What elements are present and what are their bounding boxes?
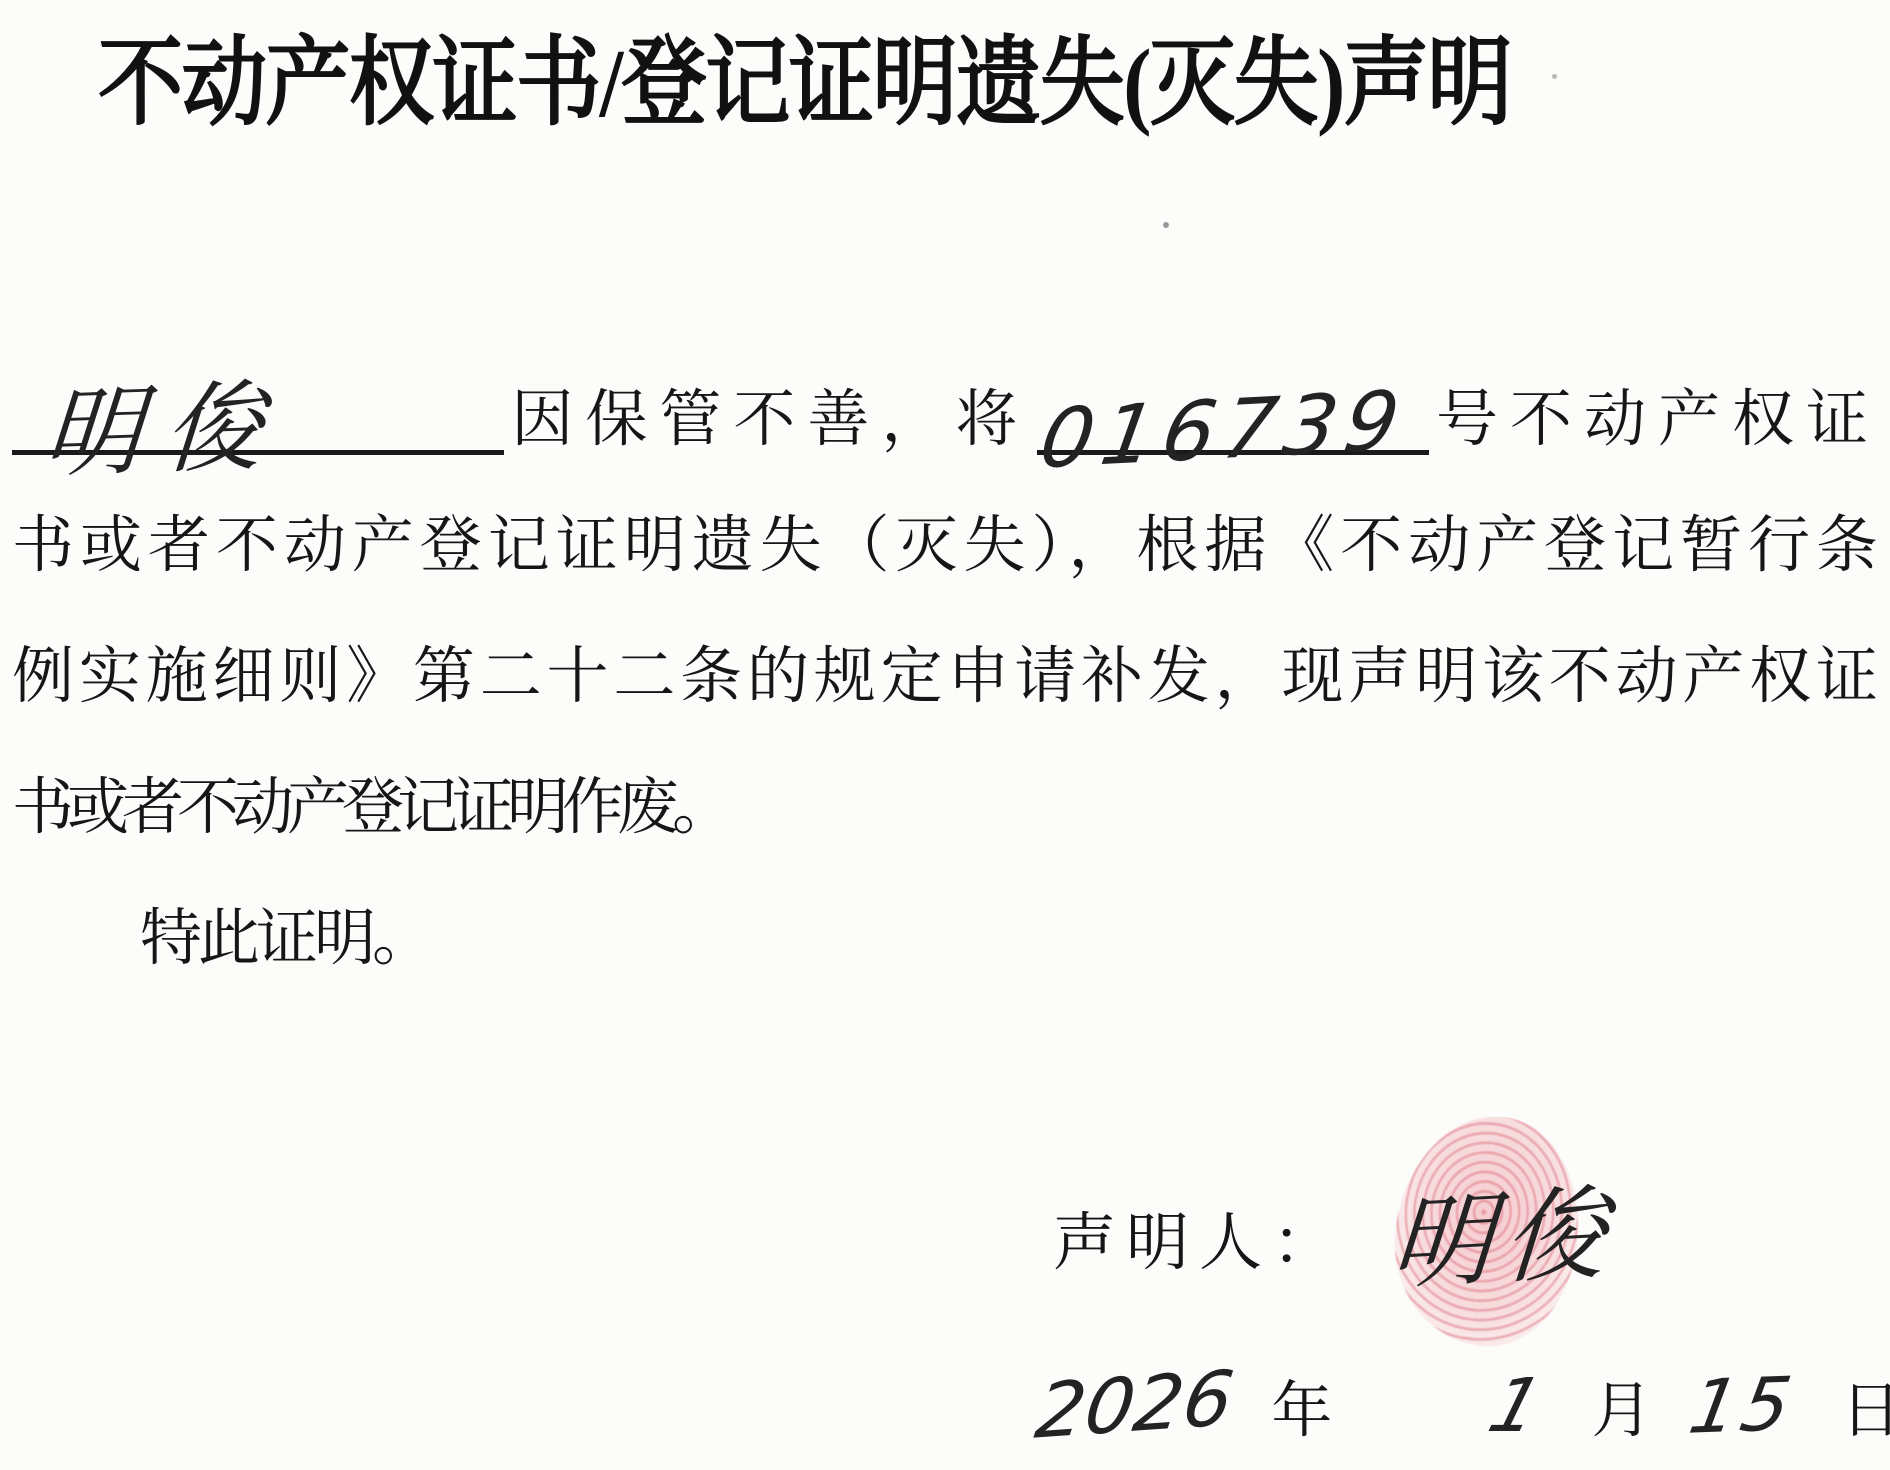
day-label: 日 xyxy=(1841,1362,1890,1449)
closing-statement: 特此证明。 xyxy=(12,874,1880,1005)
declarant-label: 声明人： xyxy=(1053,1192,1345,1283)
year-label: 年 xyxy=(1271,1362,1334,1449)
scan-speck xyxy=(1552,74,1557,79)
scanned-declaration-page: 不动产权证书/登记证明遗失(灭失)声明 明俊 因保管不善，将 016739 号不… xyxy=(0,0,1890,1470)
handwritten-certificate-number: 016739 xyxy=(1034,381,1412,482)
month-label: 月 xyxy=(1592,1362,1655,1449)
printed-segment-reason: 因保管不善，将 xyxy=(511,389,1029,481)
body-line-4: 书或者不动产登记证明作废。 xyxy=(12,743,1880,874)
document-body: 明俊 因保管不善，将 016739 号不动产权证 书或者不动产登记证明遗失（灭失… xyxy=(12,350,1880,1005)
declarant-name-blank: 明俊 xyxy=(12,354,504,455)
date-line: 2026 年 1 月 15 日 xyxy=(1038,1360,1890,1449)
handwritten-declarant-name: 明俊 xyxy=(40,378,288,484)
scan-speck xyxy=(1163,222,1169,228)
printed-segment-certificate: 号不动产权证 xyxy=(1436,389,1880,481)
handwritten-day: 15 xyxy=(1683,1361,1801,1451)
certificate-number-blank: 016739 xyxy=(1037,354,1429,455)
body-line-2: 书或者不动产登记证明遗失（灭失），根据《不动产登记暂行条 xyxy=(12,481,1880,612)
handwritten-signature: 明俊 xyxy=(1386,1152,1621,1310)
document-title: 不动产权证书/登记证明遗失(灭失)声明 xyxy=(98,4,1511,144)
handwritten-year: 2026 xyxy=(1030,1353,1238,1455)
handwritten-month: 1 xyxy=(1480,1363,1552,1449)
body-line-1: 明俊 因保管不善，将 016739 号不动产权证 xyxy=(12,350,1880,481)
body-line-3: 例实施细则》第二十二条的规定申请补发，现声明该不动产权证 xyxy=(12,612,1880,743)
